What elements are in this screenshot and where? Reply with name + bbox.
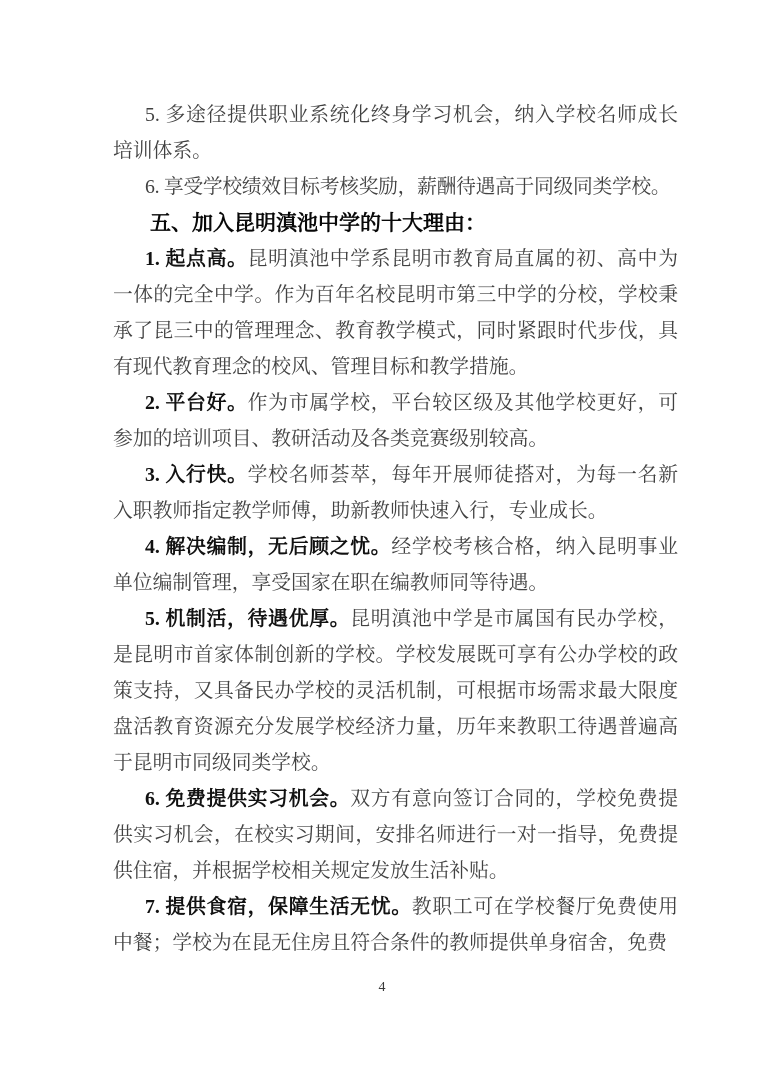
section-heading: 五、加入昆明滇池中学的十大理由： bbox=[113, 205, 678, 241]
paragraph: 4. 解决编制，无后顾之忧。经学校考核合格，纳入昆明事业单位编制管理，享受国家在… bbox=[113, 529, 678, 601]
paragraph: 2. 平台好。作为市属学校，平台较区级及其他学校更好，可参加的培训项目、教研活动… bbox=[113, 385, 678, 457]
section-heading-text: 五、加入昆明滇池中学的十大理由： bbox=[150, 211, 486, 235]
document-page: 5. 多途径提供职业系统化终身学习机会，纳入学校名师成长培训体系。 6. 享受学… bbox=[0, 0, 764, 1080]
paragraph-lead: 6. 免费提供实习机会。 bbox=[145, 788, 350, 810]
paragraph-lead: 7. 提供食宿，保障生活无忧。 bbox=[145, 896, 412, 918]
paragraph: 3. 入行快。学校名师荟萃，每年开展师徒搭对，为每一名新入职教师指定教学师傅，助… bbox=[113, 457, 678, 529]
paragraph-lead: 2. 平台好。 bbox=[145, 392, 248, 414]
paragraph-lead: 1. 起点高。 bbox=[145, 248, 248, 270]
paragraph: 1. 起点高。昆明滇池中学系昆明市教育局直属的初、高中为一体的完全中学。作为百年… bbox=[113, 241, 678, 385]
page-number: 4 bbox=[0, 978, 764, 998]
paragraph-text: 6. 享受学校绩效目标考核奖励，薪酬待遇高于同级同类学校。 bbox=[145, 176, 670, 198]
paragraph: 7. 提供食宿，保障生活无忧。教职工可在学校餐厅免费使用中餐；学校为在昆无住房且… bbox=[113, 889, 678, 961]
paragraph: 6. 免费提供实习机会。双方有意向签订合同的，学校免费提供实习机会，在校实习期间… bbox=[113, 781, 678, 889]
paragraph-text: 昆明滇池中学是市属国有民办学校，是昆明市首家体制创新的学校。学校发展既可享有公办… bbox=[113, 608, 678, 774]
paragraph: 5. 机制活，待遇优厚。昆明滇池中学是市属国有民办学校，是昆明市首家体制创新的学… bbox=[113, 601, 678, 781]
paragraph-text: 5. 多途径提供职业系统化终身学习机会，纳入学校名师成长培训体系。 bbox=[113, 104, 678, 162]
document-body: 5. 多途径提供职业系统化终身学习机会，纳入学校名师成长培训体系。 6. 享受学… bbox=[113, 97, 678, 961]
paragraph-lead: 5. 机制活，待遇优厚。 bbox=[145, 608, 350, 630]
paragraph-lead: 4. 解决编制，无后顾之忧。 bbox=[145, 536, 391, 558]
paragraph-lead: 3. 入行快。 bbox=[145, 464, 248, 486]
paragraph: 5. 多途径提供职业系统化终身学习机会，纳入学校名师成长培训体系。 bbox=[113, 97, 678, 169]
paragraph: 6. 享受学校绩效目标考核奖励，薪酬待遇高于同级同类学校。 bbox=[113, 169, 678, 205]
